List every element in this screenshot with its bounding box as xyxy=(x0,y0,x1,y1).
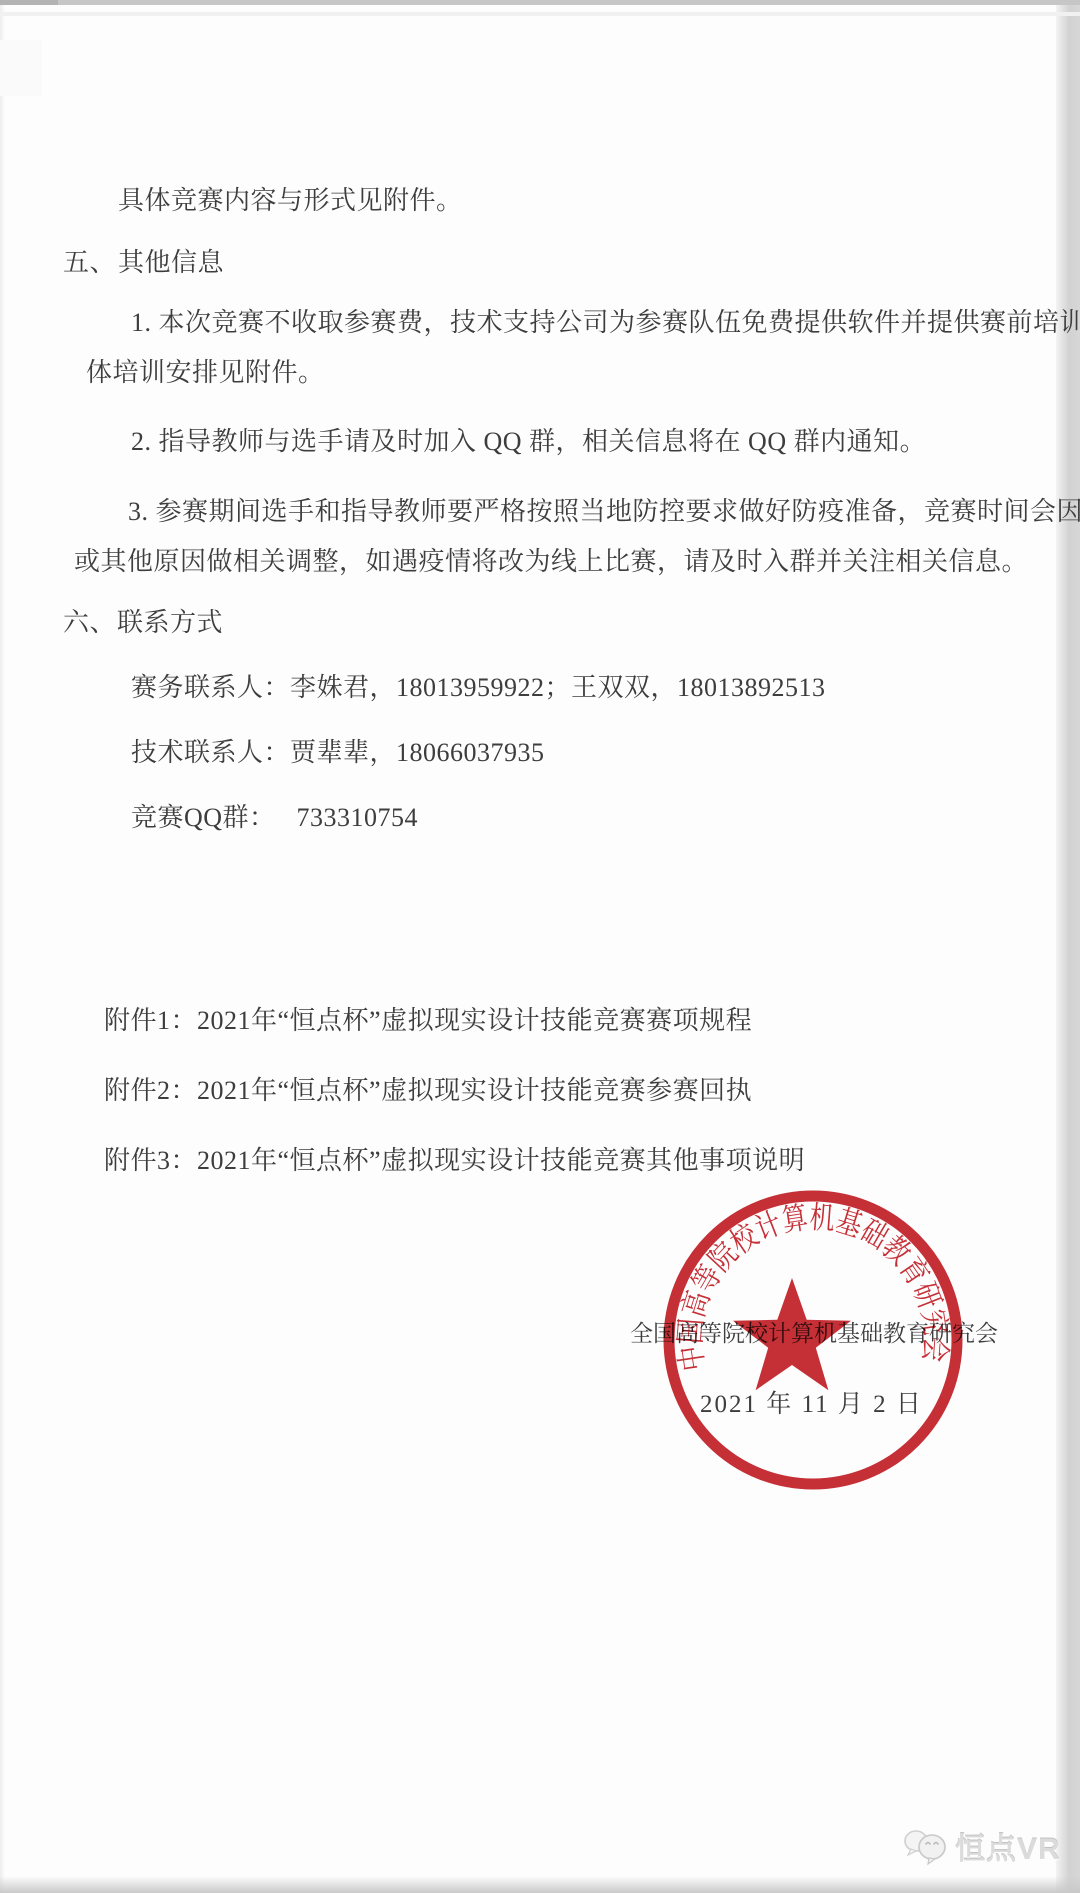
page-edge-top-strip-dark xyxy=(0,0,58,5)
other-info-item-3-line-1: 3. 参赛期间选手和指导教师要严格按照当地防控要求做好防疫准备，竞赛时间会因疫情 xyxy=(128,491,1080,528)
page-edge-top-strip xyxy=(0,0,1080,5)
attachment-1-line: 附件1：2021年“恒点杯”虚拟现实设计技能竞赛赛项规程 xyxy=(104,1000,752,1037)
other-info-item-1-line-2: 体培训安排见附件。 xyxy=(86,352,325,389)
contact-line-qq-group: 竞赛QQ群： 733310754 xyxy=(131,797,418,834)
page-edge-left-shading xyxy=(0,0,5,1893)
section-5-title: 其他信息 xyxy=(118,242,224,279)
watermark: 恒点VR xyxy=(903,1824,1061,1868)
scan-corner-smudge xyxy=(0,40,42,96)
page-edge-top-faint-line xyxy=(0,12,1080,16)
contact-line-technical: 技术联系人：贾辈辈，18066037935 xyxy=(131,732,545,769)
page-edge-right-shading xyxy=(1056,0,1080,1893)
official-seal: 中国高等院校计算机基础教育研究会 xyxy=(643,1170,983,1510)
other-info-item-2-line-1: 2. 指导教师与选手请及时加入 QQ 群，相关信息将在 QQ 群内通知。 xyxy=(131,421,926,458)
other-info-item-1-line-1: 1. 本次竞赛不收取参赛费，技术支持公司为参赛队伍免费提供软件并提供赛前培训，具 xyxy=(131,302,1080,339)
seal-star-icon xyxy=(733,1278,851,1390)
watermark-label: 恒点VR xyxy=(955,1824,1061,1868)
document-page: 具体竞赛内容与形式见附件。 五、 其他信息 1. 本次竞赛不收取参赛费，技术支持… xyxy=(0,0,1080,1893)
attachment-2-line: 附件2：2021年“恒点杯”虚拟现实设计技能竞赛参赛回执 xyxy=(104,1070,752,1107)
page-edge-bottom-shading xyxy=(0,1876,1080,1893)
other-info-item-3-line-2: 或其他原因做相关调整，如遇疫情将改为线上比赛，请及时入群并关注相关信息。 xyxy=(74,541,1028,578)
section-6-title: 联系方式 xyxy=(117,602,223,639)
section-5-number: 五、 xyxy=(63,242,116,279)
contact-line-competition: 赛务联系人：李姝君，18013959922；王双双，18013892513 xyxy=(131,667,826,704)
wechat-bubbles-icon xyxy=(903,1826,949,1866)
intro-line: 具体竞赛内容与形式见附件。 xyxy=(118,180,463,217)
section-6-number: 六、 xyxy=(63,602,116,639)
